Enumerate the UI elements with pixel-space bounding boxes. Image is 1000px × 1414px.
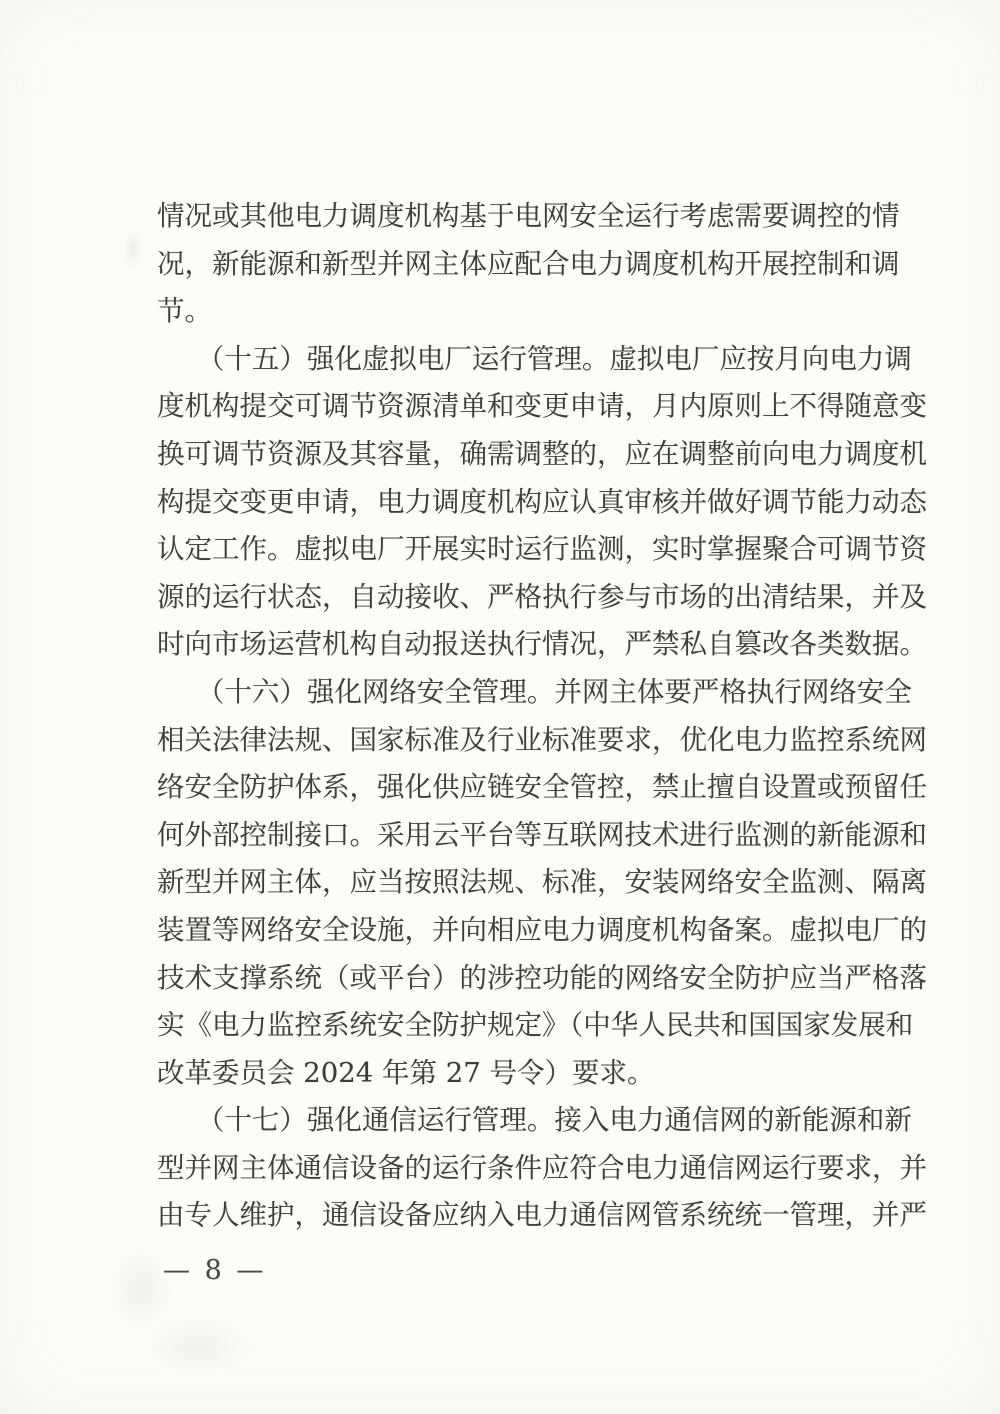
text-line: 认定工作。虚拟电厂开展实时运行监测，实时掌握聚合可调节资 <box>157 526 873 574</box>
text-line: 情况或其他电力调度机构基于电网安全运行考虑需要调控的情 <box>157 193 873 241</box>
scan-smudge <box>120 220 146 280</box>
text-line-section-16-heading: （十六）强化网络安全管理。并网主体要严格执行网络安全 <box>157 669 873 717</box>
text-line: 装置等网络安全设施，并向相应电力调度机构备案。虚拟电厂的 <box>157 907 873 955</box>
text-line: 换可调节资源及其容量，确需调整的，应在调整前向电力调度机 <box>157 431 873 479</box>
text-line: 源的运行状态，自动接收、严格执行参与市场的出清结果，并及 <box>157 574 873 622</box>
text-line-section-15-heading: （十五）强化虚拟电厂运行管理。虚拟电厂应按月向电力调 <box>157 336 873 384</box>
text-line: 实《电力监控系统安全防护规定》（中华人民共和国国家发展和 <box>157 1002 873 1050</box>
text-line: 何外部控制接口。采用云平台等互联网技术进行监测的新能源和 <box>157 812 873 860</box>
text-line-section-17-heading: （十七）强化通信运行管理。接入电力通信网的新能源和新 <box>157 1097 873 1145</box>
text-line: 况，新能源和新型并网主体应配合电力调度机构开展控制和调 <box>157 241 873 289</box>
text-line: 时向市场运营机构自动报送执行情况，严禁私自篡改各类数据。 <box>157 621 873 669</box>
scan-smudge <box>118 1300 278 1390</box>
text-line: 度机构提交可调节资源清单和变更申请，月内原则上不得随意变 <box>157 383 873 431</box>
text-line: 新型并网主体，应当按照法规、标准，安装网络安全监测、隔离 <box>157 859 873 907</box>
text-line: 型并网主体通信设备的运行条件应符合电力通信网运行要求，并 <box>157 1145 873 1193</box>
text-line: 改革委员会 2024 年第 27 号令）要求。 <box>157 1050 873 1098</box>
text-line: 构提交变更申请，电力调度机构应认真审核并做好调节能力动态 <box>157 479 873 527</box>
text-line: 络安全防护体系，强化供应链安全管控，禁止擅自设置或预留任 <box>157 764 873 812</box>
text-line: 技术支撑系统（或平台）的涉控功能的网络安全防护应当严格落 <box>157 955 873 1003</box>
document-body-text: 情况或其他电力调度机构基于电网安全运行考虑需要调控的情 况，新能源和新型并网主体… <box>157 193 873 1240</box>
text-line: 相关法律法规、国家标准及行业标准要求，优化电力监控系统网 <box>157 717 873 765</box>
text-line: 由专人维护，通信设备应纳入电力通信网管系统统一管理，并严 <box>157 1192 873 1240</box>
text-line: 节。 <box>157 288 873 336</box>
page-number: — 8 — <box>163 1255 266 1286</box>
scan-smudge <box>96 1230 186 1350</box>
document-page: 情况或其他电力调度机构基于电网安全运行考虑需要调控的情 况，新能源和新型并网主体… <box>0 0 1000 1414</box>
